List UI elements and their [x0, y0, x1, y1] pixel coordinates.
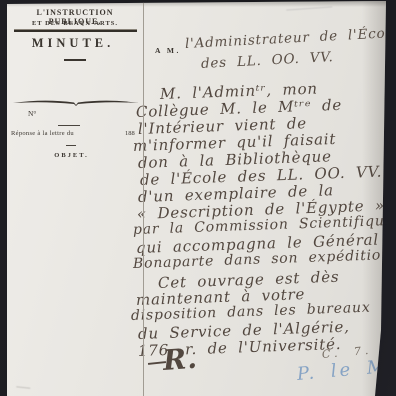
letterhead-rule: [14, 29, 137, 32]
paper-top-shadow: [0, 0, 396, 7]
signature-paraph: R.: [162, 342, 199, 377]
letter-paper: L'INSTRUCTION PUBLIQUE, ET DES BEAUX-ART…: [0, 0, 396, 396]
recipient-line: des LL. OO. VV.: [201, 49, 334, 72]
letterhead-ministry-line2: ET DES BEAUX-ARTS.: [10, 20, 140, 27]
paper-edge-shadow: [362, 0, 386, 396]
numero-label: N°: [28, 109, 36, 118]
a-m-label: A M.: [155, 46, 181, 55]
minute-underline: [64, 59, 86, 61]
reponse-label: Réponse à la lettre du: [11, 130, 74, 137]
objet-label: OBJET.: [0, 152, 143, 159]
photo-of-letter: L'INSTRUCTION PUBLIQUE, ET DES BEAUX-ART…: [0, 0, 396, 396]
numero-underline: [58, 125, 80, 126]
reponse-underline: [66, 145, 76, 146]
faint-pencil-mark: [16, 386, 31, 393]
swelled-rule-ornament: [12, 95, 140, 107]
column-divider-line: [143, 0, 144, 396]
faint-pencil-mark: [286, 0, 333, 11]
minute-heading: MINUTE.: [8, 36, 138, 51]
year-prefix: 188: [125, 130, 135, 137]
